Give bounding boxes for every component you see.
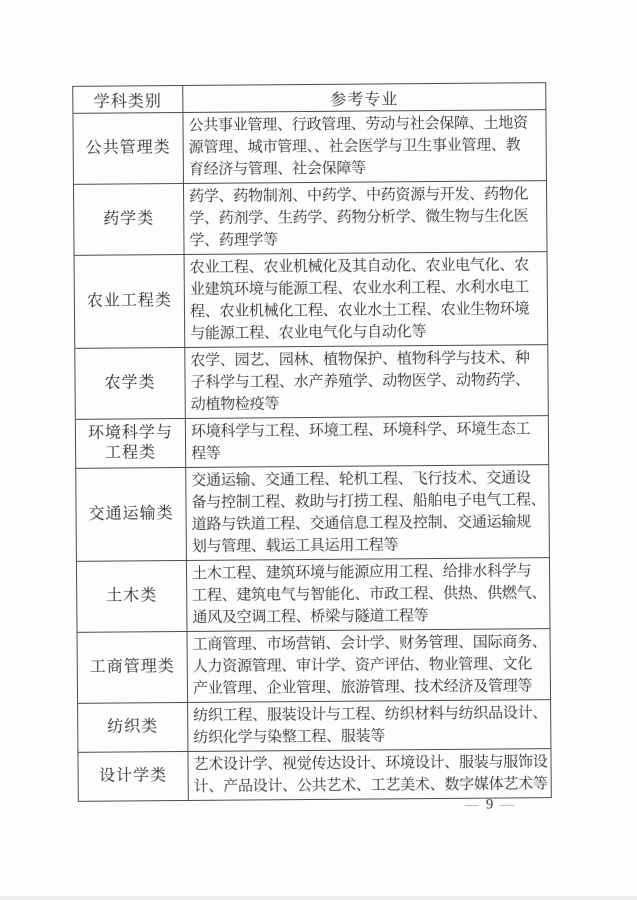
- table-row: 环境科学与 工程类 环境科学与工程、环境工程、环境科学、环境生态工 程等: [75, 416, 548, 469]
- category-cell: 交通运输类: [76, 467, 187, 561]
- majors-cell: 药学、药物制剂、中药学、中药资源与开发、药物化 学、药剂学、生药学、药物分析学、…: [183, 181, 547, 255]
- footer-left-dash: —: [459, 798, 486, 813]
- scan-bottom-edge: [0, 896, 637, 900]
- table-row: 工商管理类 工商管理、市场营销、会计学、财务管理、国际商务、 人力资源管理、审计…: [77, 629, 551, 704]
- page-number: 9: [486, 797, 495, 813]
- table-header-row: 学科类别 参考专业: [73, 83, 546, 114]
- header-reference-majors: 参考专业: [183, 83, 546, 113]
- category-cell: 设计学类: [78, 751, 188, 801]
- table-row: 土木类 土木工程、建筑环境与能源应用工程、给排水科学与 工程、建筑电气与智能化、…: [76, 558, 550, 633]
- table-row: 农学类 农学、园艺、园林、植物保护、植物科学与技术、种 子科学与工程、水产养殖学…: [75, 345, 549, 420]
- page-number-footer: —9—: [459, 796, 522, 813]
- category-cell: 药学类: [73, 183, 184, 255]
- majors-cell: 交通运输、交通工程、轮机工程、飞行技术、交通设 备与控制工程、救助与打捞工程、船…: [186, 465, 550, 561]
- category-cell: 土木类: [76, 560, 187, 632]
- majors-cell: 农业工程、农业机械化及其自动化、农业电气化、农 业建筑环境与能源工程、农业水利工…: [184, 252, 548, 348]
- majors-cell: 工商管理、市场营销、会计学、财务管理、国际商务、 人力资源管理、审计学、资产评估…: [187, 629, 551, 703]
- majors-cell: 公共事业管理、行政管理、劳动与社会保障、土地资 源管理、城市管理、、社会医学与卫…: [183, 110, 547, 184]
- majors-cell: 环境科学与工程、环境工程、环境科学、环境生态工 程等: [185, 416, 548, 468]
- table-row: 设计学类 艺术设计学、视觉传达设计、环境设计、服装与服饰设 计、产品设计、公共艺…: [78, 749, 551, 802]
- category-cell: 公共管理类: [73, 112, 184, 184]
- table-row: 交通运输类 交通运输、交通工程、轮机工程、飞行技术、交通设 备与控制工程、救助与…: [76, 465, 550, 562]
- table-row: 纺织类 纺织工程、服装设计与工程、纺织材料与纺织品设计、 纺织化学与染整工程、服…: [78, 700, 551, 753]
- category-cell: 环境科学与 工程类: [75, 418, 185, 468]
- category-cell: 农业工程类: [74, 254, 185, 348]
- discipline-majors-table: 学科类别 参考专业 公共管理类 公共事业管理、行政管理、劳动与社会保障、土地资 …: [72, 82, 552, 802]
- table-row: 药学类 药学、药物制剂、中药学、中药资源与开发、药物化 学、药剂学、生药学、药物…: [73, 181, 547, 256]
- footer-right-dash: —: [494, 797, 521, 812]
- header-discipline-category: 学科类别: [73, 85, 183, 113]
- scan-content: 学科类别 参考专业 公共管理类 公共事业管理、行政管理、劳动与社会保障、土地资 …: [0, 0, 637, 900]
- table-row: 公共管理类 公共事业管理、行政管理、劳动与社会保障、土地资 源管理、城市管理、、…: [73, 110, 547, 185]
- majors-cell: 艺术设计学、视觉传达设计、环境设计、服装与服饰设 计、产品设计、公共艺术、工艺美…: [188, 749, 551, 801]
- category-cell: 纺织类: [78, 702, 188, 752]
- majors-cell: 纺织工程、服装设计与工程、纺织材料与纺织品设计、 纺织化学与染整工程、服装等: [188, 700, 551, 752]
- majors-cell: 农学、园艺、园林、植物保护、植物科学与技术、种 子科学与工程、水产养殖学、动物医…: [185, 345, 549, 419]
- category-cell: 农学类: [75, 347, 186, 419]
- table-row: 农业工程类 农业工程、农业机械化及其自动化、农业电气化、农 业建筑环境与能源工程…: [74, 252, 548, 349]
- scanned-document-page: 学科类别 参考专业 公共管理类 公共事业管理、行政管理、劳动与社会保障、土地资 …: [0, 0, 637, 900]
- majors-cell: 土木工程、建筑环境与能源应用工程、给排水科学与 工程、建筑电气与智能化、市政工程…: [186, 558, 550, 632]
- category-cell: 工商管理类: [77, 631, 188, 703]
